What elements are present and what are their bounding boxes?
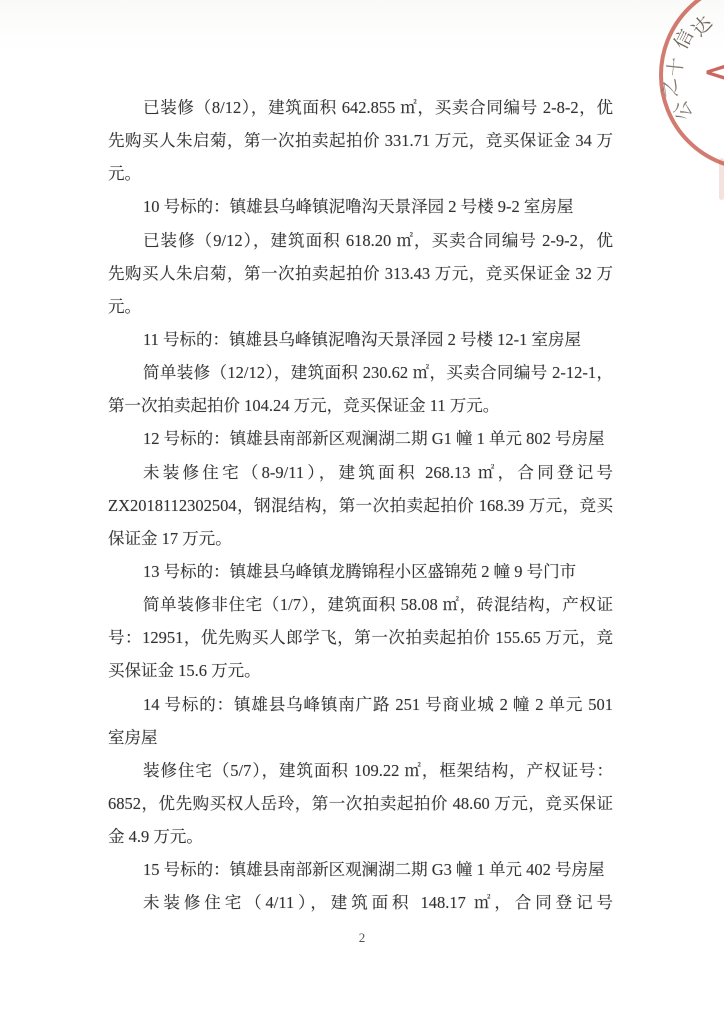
page-number: 2 <box>0 930 724 946</box>
text-line: 14 号标的：镇雄县乌峰镇南广路 251 号商业城 2 幢 2 单元 501 <box>108 688 613 721</box>
text-line: 15 号标的：镇雄县南部新区观澜湖二期 G3 幢 1 单元 402 号房屋 <box>108 853 613 886</box>
text-line: 第一次拍卖起拍价 104.24 万元，竞买保证金 11 万元。 <box>108 389 613 422</box>
text-line: 未装修住宅（8-9/11），建筑面积 268.13 ㎡，合同登记号 <box>108 456 613 489</box>
text-line: 12 号标的：镇雄县南部新区观澜湖二期 G1 幢 1 单元 802 号房屋 <box>108 422 613 455</box>
text-line: 10 号标的：镇雄县乌峰镇泥噜沟天景泽园 2 号楼 9-2 室房屋 <box>108 190 613 223</box>
text-line: 装修住宅（5/7），建筑面积 109.22 ㎡，框架结构，产权证号： <box>108 754 613 787</box>
text-line: 买保证金 15.6 万元。 <box>108 654 613 687</box>
text-line: 元。 <box>108 290 613 323</box>
text-line: 号：12951，优先购买人郎学飞，第一次拍卖起拍价 155.65 万元，竞 <box>108 621 613 654</box>
stamp-edge-smudge <box>719 158 724 200</box>
text-line: 已装修（9/12），建筑面积 618.20 ㎡，买卖合同编号 2-9-2，优 <box>108 224 613 257</box>
text-line: 6852，优先购买权人岳玲，第一次拍卖起拍价 48.60 万元，竞买保证 <box>108 787 613 820</box>
stamp-ring-character: 十 <box>666 56 688 78</box>
text-line: 已装修（8/12），建筑面积 642.855 ㎡，买卖合同编号 2-8-2，优 <box>108 91 613 124</box>
text-line: 保证金 17 万元。 <box>108 522 613 555</box>
stamp-star-fragment-icon: < <box>703 54 724 88</box>
text-line: 金 4.9 万元。 <box>108 820 613 853</box>
text-line: 元。 <box>108 157 613 190</box>
stamp-ring-character: 信 <box>672 27 699 54</box>
stamp-ring-character: 达 <box>689 13 717 41</box>
text-line: 未装修住宅（4/11），建筑面积 148.17 ㎡，合同登记号 <box>108 886 613 919</box>
text-line: 室房屋 <box>108 721 613 754</box>
stamp-ring-character: 公 <box>671 97 698 124</box>
text-line: 简单装修（12/12），建筑面积 230.62 ㎡，买卖合同编号 2-12-1， <box>108 356 613 389</box>
text-line: 简单装修非住宅（1/7），建筑面积 58.08 ㎡，砖混结构，产权证 <box>108 588 613 621</box>
stamp-ring-character: 之 <box>660 77 683 100</box>
stamp-circle-border-icon <box>659 0 724 171</box>
text-line: ZX2018112302504，钢混结构，第一次拍卖起拍价 168.39 万元，… <box>108 489 613 522</box>
text-line: 11 号标的：镇雄县乌峰镇泥噜沟天景泽园 2 号楼 12-1 室房屋 <box>108 323 613 356</box>
document-page: 达信十之公 < 已装修（8/12），建筑面积 642.855 ㎡，买卖合同编号 … <box>0 0 724 1024</box>
text-line: 先购买人朱启菊，第一次拍卖起拍价 331.71 万元，竞买保证金 34 万 <box>108 124 613 157</box>
text-line: 先购买人朱启菊，第一次拍卖起拍价 313.43 万元，竞买保证金 32 万 <box>108 257 613 290</box>
document-body: 已装修（8/12），建筑面积 642.855 ㎡，买卖合同编号 2-8-2，优先… <box>108 91 613 920</box>
text-line: 13 号标的：镇雄县乌峰镇龙腾锦程小区盛锦苑 2 幢 9 号门市 <box>108 555 613 588</box>
